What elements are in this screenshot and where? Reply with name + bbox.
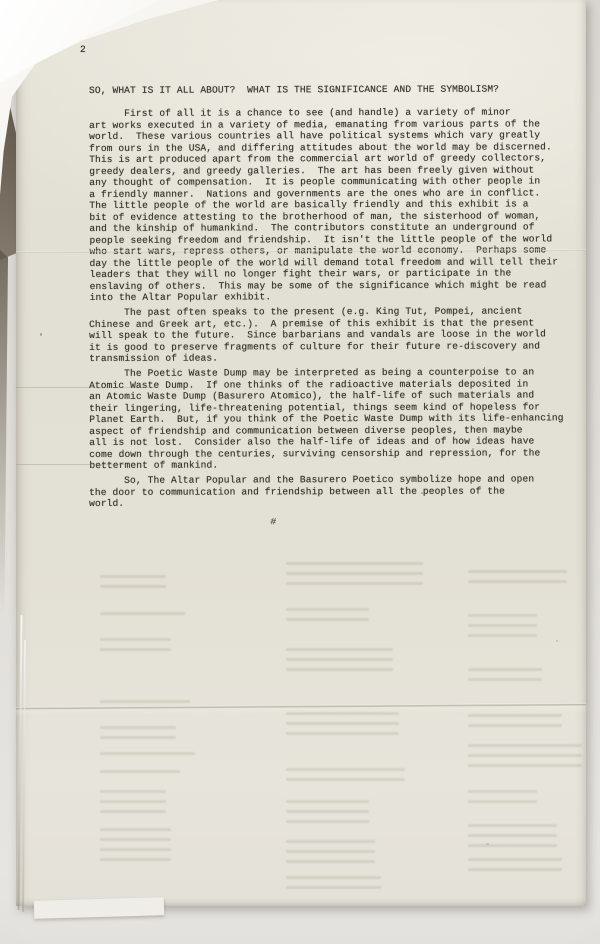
document-heading: SO, WHAT IS IT ALL ABOUT? WHAT IS THE SI… <box>89 84 499 97</box>
fold-crease-lower <box>16 703 586 710</box>
paragraph-3: The Poetic Waste Dump may be interpreted… <box>89 366 564 471</box>
document-page: 2 SO, WHAT IS IT ALL ABOUT? WHAT IS THE … <box>16 0 586 906</box>
page-number: 2 <box>80 44 86 56</box>
dust-speck <box>556 640 558 642</box>
photo-scene: 2 SO, WHAT IS IT ALL ABOUT? WHAT IS THE … <box>0 0 600 944</box>
dust-speck <box>486 843 489 845</box>
dust-speck <box>421 492 423 494</box>
paragraph-1: First of all it is a chance to see (and … <box>89 106 558 303</box>
paragraph-2: The past often speaks to the present (e.… <box>89 305 546 364</box>
dust-speck <box>40 333 42 336</box>
sheet-beneath-corner <box>34 897 164 919</box>
table-edge-strip <box>0 250 8 615</box>
end-mark: # <box>270 516 277 528</box>
paragraph-4: So, The Altar Popular and the Basurero P… <box>89 473 534 509</box>
